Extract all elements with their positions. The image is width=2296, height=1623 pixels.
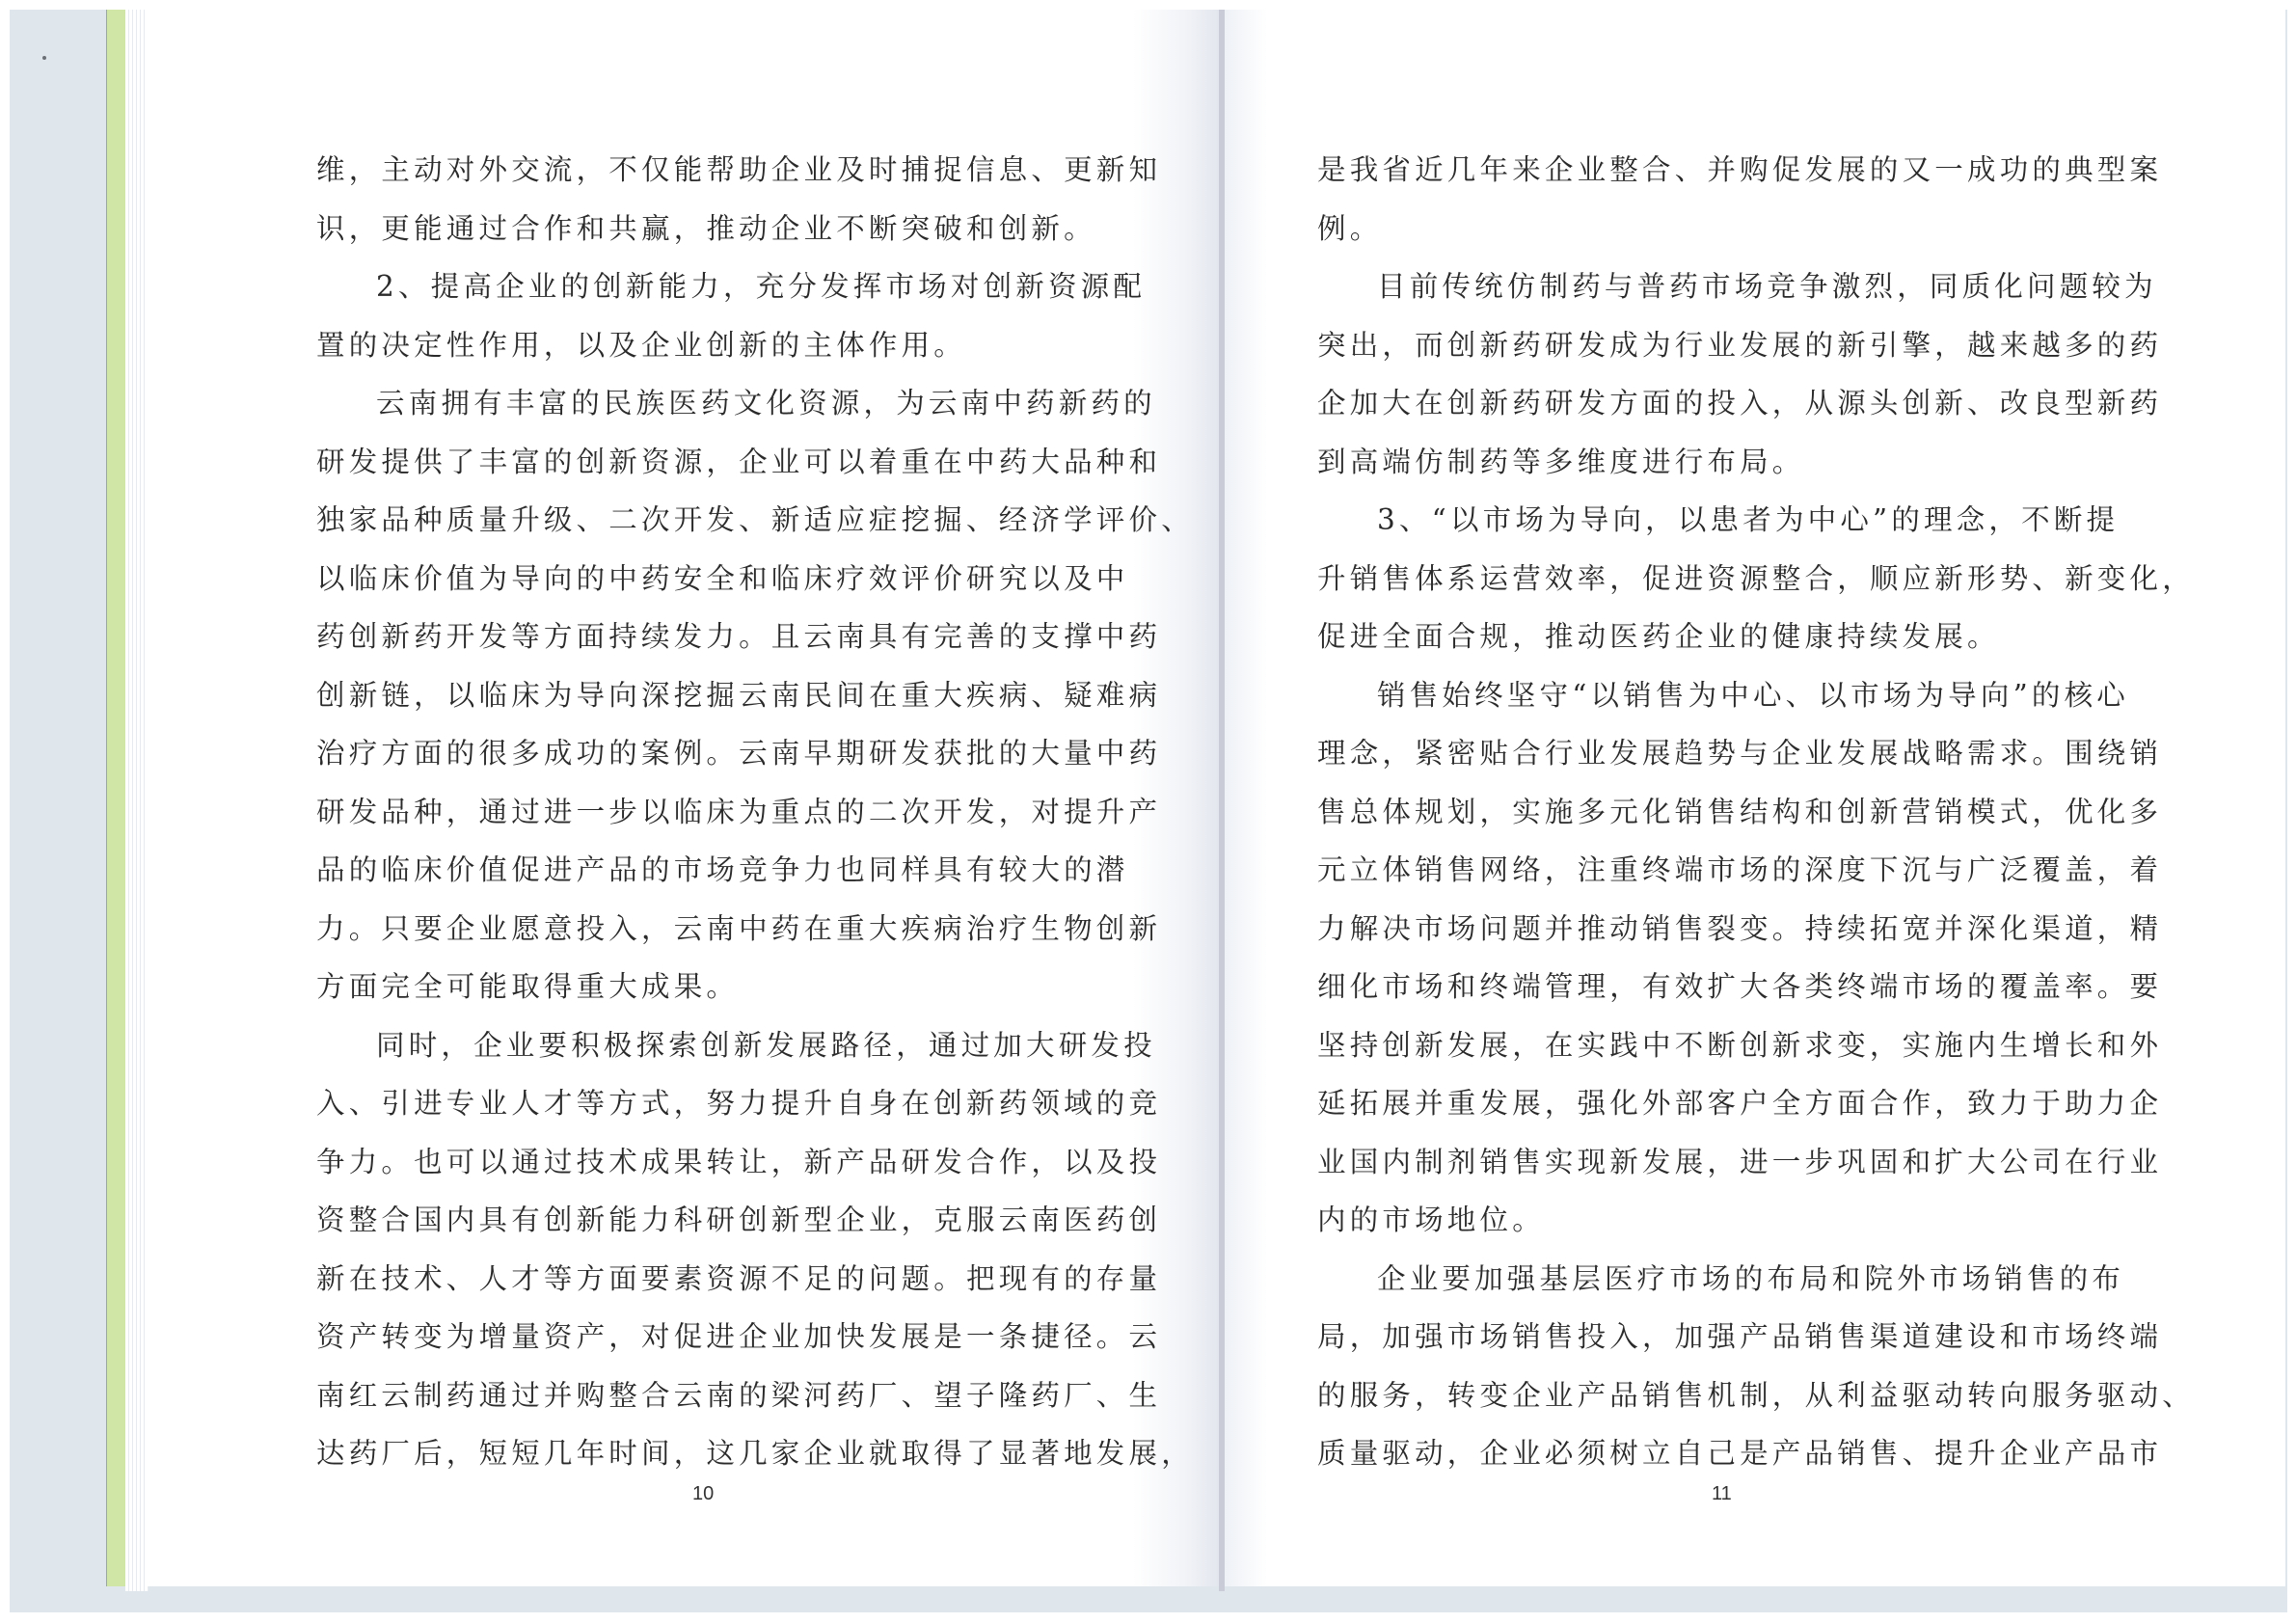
text-line: 元立体销售网络，注重终端市场的深度下沉与广泛覆盖，着 <box>1317 841 2118 900</box>
text-line: 资整合国内具有创新能力科研创新型企业，克服云南医药创 <box>316 1191 1117 1250</box>
text-line: 到高端仿制药等多维度进行布局。 <box>1317 433 2118 492</box>
text-line: 2、提高企业的创新能力，充分发挥市场对创新资源配 <box>316 257 1117 316</box>
text-line: 突出，而创新药研发成为行业发展的新引擎，越来越多的药 <box>1317 316 2118 375</box>
green-cover-edge <box>106 10 126 1586</box>
text-line: 维，主动对外交流，不仅能帮助企业及时捕捉信息、更新知 <box>316 141 1117 200</box>
left-page-body: 维，主动对外交流，不仅能帮助企业及时捕捉信息、更新知识，更能通过合作和共赢，推动… <box>316 141 1117 1483</box>
text-line: 例。 <box>1317 200 2118 258</box>
right-page: 是我省近几年来企业整合、并购促发展的又一成功的典型案例。目前传统仿制药与普药市场… <box>1225 10 2285 1586</box>
text-line: 治疗方面的很多成功的案例。云南早期研发获批的大量中药 <box>316 724 1117 783</box>
text-line: 业国内制剂销售实现新发展，进一步巩固和扩大公司在行业 <box>1317 1133 2118 1192</box>
text-line: 目前传统仿制药与普药市场竞争激烈，同质化问题较为 <box>1317 257 2118 316</box>
text-line: 局，加强市场销售投入，加强产品销售渠道建设和市场终端 <box>1317 1308 2118 1366</box>
text-line: 质量驱动，企业必须树立自己是产品销售、提升企业产品市 <box>1317 1424 2118 1483</box>
text-line: 力解决市场问题并推动销售裂变。持续拓宽并深化渠道，精 <box>1317 900 2118 959</box>
text-line: 售总体规划，实施多元化销售结构和创新营销模式，优化多 <box>1317 783 2118 842</box>
right-page-body: 是我省近几年来企业整合、并购促发展的又一成功的典型案例。目前传统仿制药与普药市场… <box>1317 141 2118 1483</box>
text-line: 企加大在创新药研发方面的投入，从源头创新、改良型新药 <box>1317 374 2118 433</box>
text-line: 识，更能通过合作和共赢，推动企业不断突破和创新。 <box>316 200 1117 258</box>
text-line: 研发品种，通过进一步以临床为重点的二次开发，对提升产 <box>316 783 1117 842</box>
text-line: 争力。也可以通过技术成果转让，新产品研发合作，以及投 <box>316 1133 1117 1192</box>
page-stack-edge <box>125 10 149 1591</box>
page-number: 11 <box>1712 1483 1732 1505</box>
text-line: 坚持创新发展，在实践中不断创新求变，实施内生增长和外 <box>1317 1016 2118 1075</box>
text-line: 入、引进专业人才等方式，努力提升自身在创新药领域的竞 <box>316 1074 1117 1133</box>
text-line: 细化市场和终端管理，有效扩大各类终端市场的覆盖率。要 <box>1317 958 2118 1016</box>
text-line: 销售始终坚守“以销售为中心、以市场为导向”的核心 <box>1317 666 2118 725</box>
dust-speck <box>42 56 46 60</box>
text-line: 达药厂后，短短几年时间，这几家企业就取得了显著地发展， <box>316 1424 1117 1483</box>
text-line: 内的市场地位。 <box>1317 1191 2118 1250</box>
left-page: 维，主动对外交流，不仅能帮助企业及时捕捉信息、更新知识，更能通过合作和共赢，推动… <box>147 10 1219 1586</box>
text-line: 的服务，转变企业产品销售机制，从利益驱动转向服务驱动、 <box>1317 1366 2118 1425</box>
text-line: 延拓展并重发展，强化外部客户全方面合作，致力于助力企 <box>1317 1074 2118 1133</box>
text-line: 3、“以市场为导向，以患者为中心”的理念，不断提 <box>1317 491 2118 550</box>
text-line: 新在技术、人才等方面要素资源不足的问题。把现有的存量 <box>316 1250 1117 1309</box>
text-line: 独家品种质量升级、二次开发、新适应症挖掘、经济学评价、 <box>316 491 1117 550</box>
text-line: 品的临床价值促进产品的市场竞争力也同样具有较大的潜 <box>316 841 1117 900</box>
text-line: 是我省近几年来企业整合、并购促发展的又一成功的典型案 <box>1317 141 2118 200</box>
text-line: 云南拥有丰富的民族医药文化资源，为云南中药新药的 <box>316 374 1117 433</box>
text-line: 创新链，以临床为导向深挖掘云南民间在重大疾病、疑难病 <box>316 666 1117 725</box>
text-line: 南红云制药通过并购整合云南的梁河药厂、望子隆药厂、生 <box>316 1366 1117 1425</box>
text-line: 理念，紧密贴合行业发展趋势与企业发展战略需求。围绕销 <box>1317 724 2118 783</box>
text-line: 药创新药开发等方面持续发力。且云南具有完善的支撑中药 <box>316 608 1117 666</box>
text-line: 研发提供了丰富的创新资源，企业可以着重在中药大品种和 <box>316 433 1117 492</box>
text-line: 方面完全可能取得重大成果。 <box>316 958 1117 1016</box>
text-line: 以临床价值为导向的中药安全和临床疗效评价研究以及中 <box>316 550 1117 609</box>
text-line: 升销售体系运营效率，促进资源整合，顺应新形势、新变化， <box>1317 550 2118 609</box>
text-line: 资产转变为增量资产，对促进企业加快发展是一条捷径。云 <box>316 1308 1117 1366</box>
page-number: 10 <box>692 1483 714 1505</box>
text-line: 置的决定性作用，以及企业创新的主体作用。 <box>316 316 1117 375</box>
text-line: 同时，企业要积极探索创新发展路径，通过加大研发投 <box>316 1016 1117 1075</box>
text-line: 促进全面合规，推动医药企业的健康持续发展。 <box>1317 608 2118 666</box>
text-line: 企业要加强基层医疗市场的布局和院外市场销售的布 <box>1317 1250 2118 1309</box>
text-line: 力。只要企业愿意投入，云南中药在重大疾病治疗生物创新 <box>316 900 1117 959</box>
